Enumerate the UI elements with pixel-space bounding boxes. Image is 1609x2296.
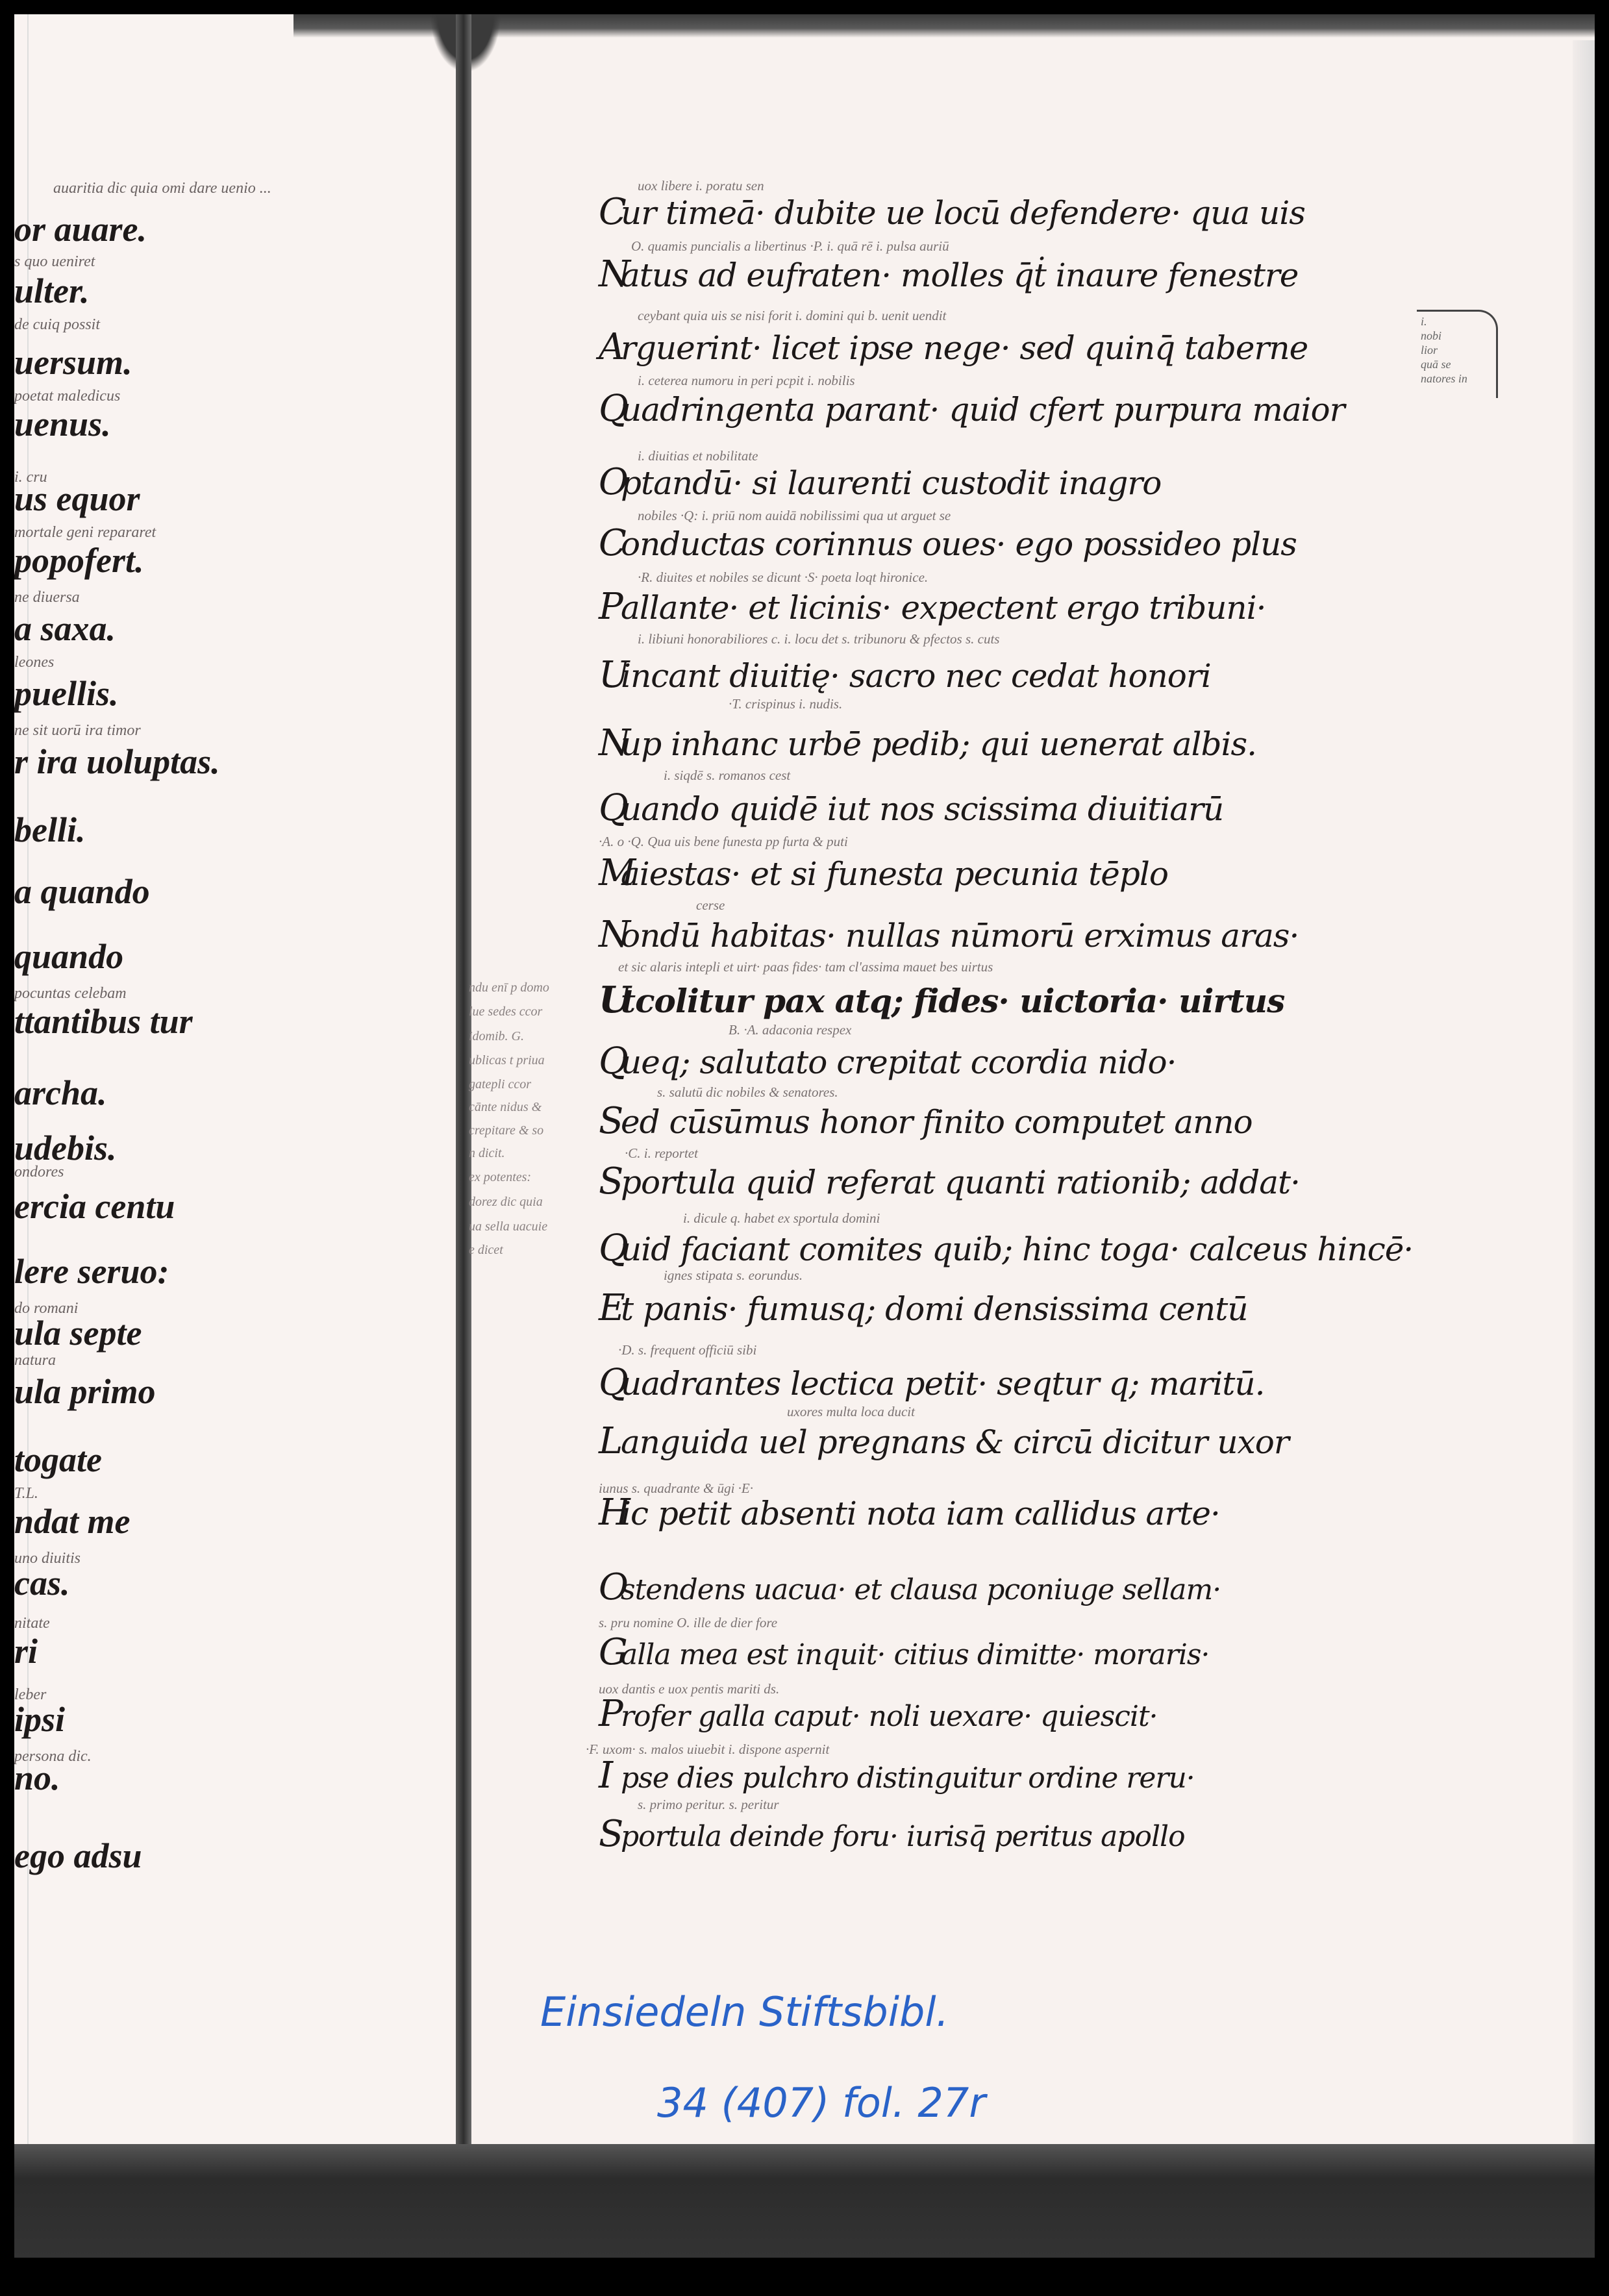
verse-initial: I — [599, 1754, 621, 1797]
gutter-note: n dicit. — [469, 1146, 505, 1161]
verse-text: onductas corinnus oues· ego possideo plu… — [621, 525, 1297, 563]
left-line: a quando — [14, 871, 150, 912]
left-line: archa. — [14, 1073, 107, 1113]
gutter-note: gatepli ccor — [469, 1077, 531, 1092]
left-gloss: s quo ueniret — [14, 253, 95, 271]
interlinear-gloss: et sic alaris intepli et uirt· paas fide… — [618, 959, 993, 975]
verse-line: Languida uel pregnans & circū dicitur ux… — [599, 1420, 1289, 1462]
left-line: us equor — [14, 479, 140, 519]
interlinear-gloss: ·T. crispinus i. nudis. — [729, 696, 842, 712]
left-line: ula primo — [14, 1371, 156, 1412]
verse-text: uadringenta parant· quid cfert purpura m… — [621, 391, 1345, 429]
verse-initial: Q — [599, 787, 621, 829]
verse-text: ur timeā· dubite ue locū defendere· qua … — [621, 194, 1305, 232]
verse-initial: P — [599, 586, 621, 628]
verse-text: ondū habitas· nullas nūmorū erximus aras… — [621, 917, 1299, 955]
verse-text: pse dies pulchro distinguitur ordine rer… — [621, 1762, 1195, 1795]
verse-text: portula deinde foru· iurisq̄ peritus apo… — [621, 1820, 1185, 1853]
verse-text: uadrantes lectica petit· seqtur q; marit… — [621, 1365, 1265, 1403]
gutter-note: dorez dic quia — [469, 1195, 543, 1210]
left-line: popofert. — [14, 540, 143, 580]
verse-line: Pallante· et licinis· expectent ergo tri… — [599, 586, 1266, 628]
left-gloss: auaritia dic quia omi dare uenio ... — [53, 180, 271, 197]
verse-text: rguerint· licet ipse nege· sed quinq̄ ta… — [621, 329, 1308, 367]
left-line: a saxa. — [14, 608, 116, 649]
verse-initial: O — [599, 1566, 621, 1608]
verse-text: tcolitur pax atq; fides· uictoria· uirtu… — [621, 982, 1284, 1020]
verse-text: ueq; salutato crepitat ccordia nido· — [621, 1043, 1176, 1081]
verse-initial: N — [599, 722, 621, 764]
verse-initial: G — [599, 1631, 621, 1673]
verse-line: Sportula deinde foru· iurisq̄ peritus ap… — [599, 1813, 1185, 1855]
left-line: ego adsu — [14, 1836, 142, 1876]
verse-initial: P — [599, 1693, 621, 1735]
interlinear-gloss: s. primo peritur. s. peritur — [638, 1797, 779, 1813]
gutter-note: e dicet — [469, 1243, 503, 1258]
left-line: ipsi — [14, 1699, 65, 1740]
verse-text: stendens uacua· et clausa pconiuge sella… — [621, 1573, 1221, 1606]
left-gloss: poetat maledicus — [14, 388, 120, 405]
verse-line: Utcolitur pax atq; fides· uictoria· uirt… — [599, 979, 1284, 1021]
verse-initial: M — [599, 852, 621, 894]
verse-initial: C — [599, 191, 621, 233]
gutter-note: ndu enī p domo — [469, 980, 549, 995]
archive-annotation-line1: Einsiedeln Stiftsbibl. — [540, 1988, 949, 2036]
left-gloss: ne diuersa — [14, 589, 80, 606]
verse-initial: E — [599, 1287, 621, 1329]
note-line: natores in — [1421, 371, 1492, 386]
note-line: lior — [1421, 343, 1492, 357]
verse-initial: C — [599, 522, 621, 564]
verse-initial: L — [599, 1420, 621, 1462]
verse-text: allante· et licinis· expectent ergo trib… — [621, 589, 1266, 627]
interlinear-gloss: i. siqdē s. romanos cest — [664, 767, 790, 784]
left-line: belli. — [14, 810, 85, 850]
verse-text: aiestas· et si funesta pecunia tēplo — [621, 855, 1168, 893]
left-gloss: nitate — [14, 1615, 50, 1632]
gutter-note: ublicas t priua — [469, 1053, 545, 1068]
verse-initial: H — [599, 1491, 621, 1534]
bottom-background — [14, 2144, 1595, 2258]
verse-initial: A — [599, 326, 621, 368]
verse-initial: Q — [599, 1362, 621, 1404]
interlinear-gloss: uxores multa loca ducit — [787, 1404, 915, 1420]
left-gloss: ondores — [14, 1164, 64, 1181]
verse-initial: U — [599, 979, 621, 1021]
note-line: i. — [1421, 314, 1492, 329]
verse-text: up inhanc urbē pedib; qui uenerat albis. — [621, 725, 1256, 763]
left-line: udebis. — [14, 1128, 117, 1168]
verse-line: Quid faciant comites quib; hinc toga· ca… — [599, 1227, 1413, 1269]
verse-initial: U — [599, 654, 621, 696]
verse-line: Sed cūsūmus honor finito computet anno — [599, 1100, 1253, 1142]
left-line: ndat me — [14, 1501, 131, 1541]
note-line: quā se — [1421, 357, 1492, 371]
verse-initial: S — [599, 1160, 621, 1203]
verse-initial: N — [599, 253, 621, 295]
left-line: uenus. — [14, 404, 111, 444]
verse-line: Sportula quid referat quanti rationib; a… — [599, 1160, 1300, 1203]
verse-line: Uincant diuitię· sacro nec cedat honori — [599, 654, 1211, 696]
left-line: puellis. — [14, 673, 119, 714]
verse-text: portula quid referat quanti rationib; ad… — [621, 1164, 1300, 1201]
gutter-note: idomib. G. — [469, 1029, 524, 1044]
verse-text: anguida uel pregnans & circū dicitur uxo… — [621, 1423, 1289, 1461]
verse-line: Quadringenta parant· quid cfert purpura … — [599, 388, 1345, 430]
verse-line: Maiestas· et si funesta pecunia tēplo — [599, 852, 1168, 894]
verse-text: incant diuitię· sacro nec cedat honori — [621, 657, 1211, 695]
verse-line: Quando quidē iut nos scissima diuitiarū — [599, 787, 1223, 829]
left-line: ri — [14, 1631, 38, 1671]
left-line: togate — [14, 1440, 102, 1480]
left-line: ttantibus tur — [14, 1001, 193, 1042]
left-line: quando — [14, 936, 123, 977]
verse-initial: O — [599, 461, 621, 503]
gutter-note: ua sella uacuie — [469, 1219, 547, 1234]
verse-line: Natus ad eufraten· molles q̄ṫ inaure fen… — [599, 253, 1298, 295]
verse-line: Hic petit absenti nota iam callidus arte… — [599, 1491, 1220, 1534]
right-page-edge — [1573, 40, 1595, 2151]
verse-line: Arguerint· licet ipse nege· sed quinq̄ t… — [599, 326, 1308, 368]
verse-initial: Q — [599, 1040, 621, 1082]
verse-line: Queq; salutato crepitat ccordia nido· — [599, 1040, 1176, 1082]
gutter-note: lue sedes ccor — [469, 1004, 542, 1019]
interlinear-gloss: ignes stipata s. eorundus. — [664, 1267, 803, 1284]
left-line: cas. — [14, 1563, 69, 1603]
left-gloss: de cuiq possit — [14, 316, 100, 334]
gutter-note: crepitare & so — [469, 1123, 543, 1138]
verse-line: Nup inhanc urbē pedib; qui uenerat albis… — [599, 722, 1256, 764]
left-line: ercia centu — [14, 1186, 175, 1227]
note-line: nobi — [1421, 329, 1492, 343]
verse-text: ed cūsūmus honor finito computet anno — [621, 1103, 1253, 1141]
manuscript-photo: auaritia dic quia omi dare uenio ... or … — [14, 14, 1595, 2258]
verse-line: Conductas corinnus oues· ego possideo pl… — [599, 522, 1297, 564]
verse-line: Et panis· fumusq; domi densissima centū — [599, 1287, 1248, 1329]
left-line: ulter. — [14, 271, 90, 311]
left-gloss: T.L. — [14, 1485, 38, 1503]
interlinear-gloss: ·R. diuites et nobiles se dicunt ·S· poe… — [638, 569, 928, 586]
verse-line: Galla mea est inquit· citius dimitte· mo… — [599, 1631, 1209, 1673]
interlinear-gloss: cerse — [696, 897, 725, 914]
left-line: r ira uoluptas. — [14, 742, 220, 782]
gutter-note: ex potentes: — [469, 1170, 531, 1185]
verse-text: atus ad eufraten· molles q̄ṫ inaure fene… — [621, 256, 1298, 294]
interlinear-gloss: ceybant quia uis se nisi forit i. domini… — [638, 308, 946, 324]
verse-text: ic petit absenti nota iam callidus arte· — [621, 1495, 1220, 1532]
left-line: lere seruo: — [14, 1251, 169, 1291]
interlinear-gloss: i. libiuni honorabiliores c. i. locu det… — [638, 631, 999, 647]
left-gloss: pocuntas celebam — [14, 985, 127, 1003]
interlinear-gloss: i. ceterea numoru in peri pcpit i. nobil… — [638, 373, 855, 389]
left-line: uersum. — [14, 342, 132, 382]
archive-annotation-line2: 34 (407) fol. 27r — [657, 2079, 986, 2127]
gutter-note: cānte nidus & — [469, 1100, 542, 1115]
interlinear-gloss: O. quamis puncialis a libertinus ·P. i. … — [631, 238, 949, 255]
interlinear-gloss: i. dicule q. habet ex sportula domini — [683, 1210, 880, 1227]
verse-line: Nondū habitas· nullas nūmorū erximus ara… — [599, 914, 1299, 956]
verse-text: alla mea est inquit· citius dimitte· mor… — [621, 1638, 1209, 1671]
interlinear-gloss: B. ·A. adaconia respex — [729, 1022, 851, 1038]
left-line: ula septe — [14, 1313, 142, 1353]
left-gloss: ne sit uorū ira timor — [14, 722, 141, 740]
verse-line: Ipse dies pulchro distinguitur ordine re… — [599, 1754, 1195, 1797]
left-gloss: leones — [14, 654, 54, 671]
interlinear-gloss: s. salutū dic nobiles & senatores. — [657, 1084, 838, 1101]
verse-text: ptandū· si laurenti custodit inagro — [621, 464, 1161, 502]
verse-line: Quadrantes lectica petit· seqtur q; mari… — [599, 1362, 1265, 1404]
verse-line: Optandū· si laurenti custodit inagro — [599, 461, 1161, 503]
verse-text: rofer galla caput· noli uexare· quiescit… — [621, 1700, 1158, 1733]
left-line: no. — [14, 1758, 60, 1798]
verse-text: uid faciant comites quib; hinc toga· cal… — [621, 1230, 1413, 1268]
left-line: or auare. — [14, 209, 147, 249]
verse-text: t panis· fumusq; domi densissima centū — [621, 1290, 1248, 1328]
left-gloss: mortale geni repararet — [14, 524, 156, 542]
interlinear-gloss: ·D. s. frequent officiū sibi — [618, 1342, 756, 1358]
verse-line: Cur timeā· dubite ue locū defendere· qua… — [599, 191, 1305, 233]
bracketed-marginal-note: i. nobi lior quā se natores in — [1417, 310, 1498, 398]
verse-line: Profer galla caput· noli uexare· quiesci… — [599, 1693, 1158, 1735]
interlinear-gloss: s. pru nomine O. ille de dier fore — [599, 1615, 777, 1631]
interlinear-gloss: ·A. o ·Q. Qua uis bene funesta pp furta … — [599, 834, 848, 850]
verse-initial: Q — [599, 1227, 621, 1269]
verse-initial: Q — [599, 388, 621, 430]
verse-text: uando quidē iut nos scissima diuitiarū — [621, 790, 1223, 828]
left-gloss: natura — [14, 1352, 56, 1369]
verse-initial: S — [599, 1813, 621, 1855]
verse-line: Ostendens uacua· et clausa pconiuge sell… — [599, 1566, 1221, 1608]
verse-initial: N — [599, 914, 621, 956]
verse-initial: S — [599, 1100, 621, 1142]
interlinear-gloss: ·C. i. reportet — [625, 1145, 698, 1162]
